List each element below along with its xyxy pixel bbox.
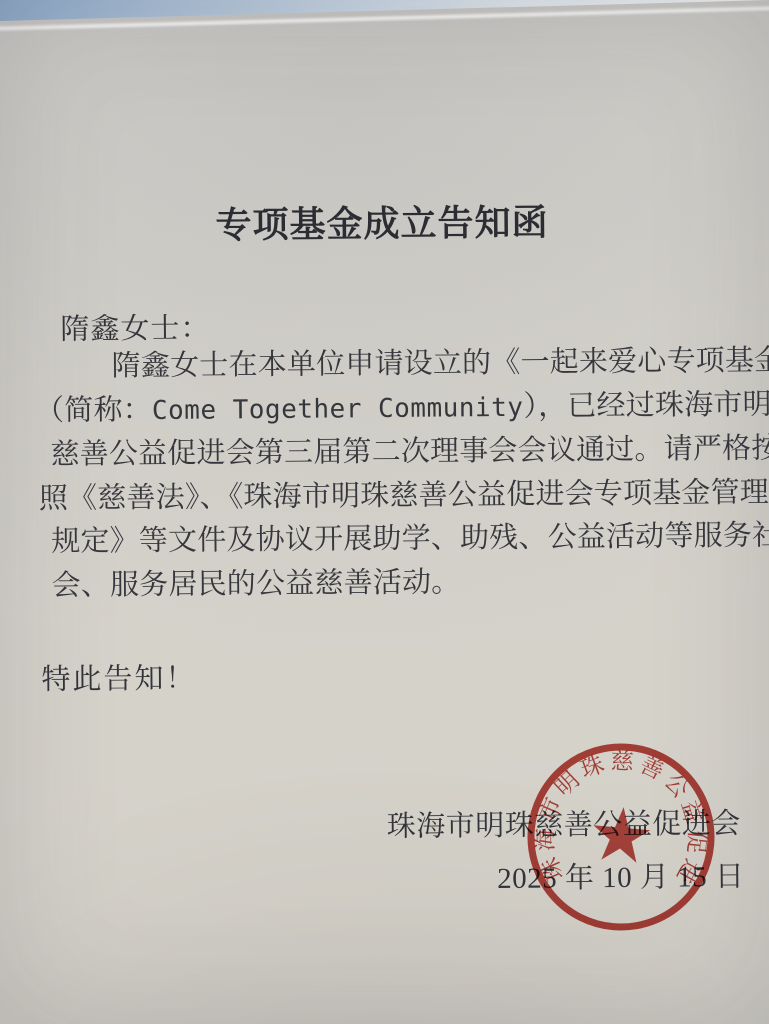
fund-short-name-english: Come Together Community bbox=[152, 392, 524, 425]
document-photo: 专项基金成立告知函 隋鑫女士： 隋鑫女士在本单位申请设立的《一起来爱心专项基金》… bbox=[0, 0, 769, 1024]
body-line: 隋鑫女士在本单位申请设立的《一起来爱心专项基金》 bbox=[35, 340, 745, 390]
body-line: 规定》等文件及协议开展助学、助残、公益活动等服务社 bbox=[36, 515, 746, 565]
star-icon bbox=[590, 805, 652, 864]
document-title: 专项基金成立告知函 bbox=[0, 193, 767, 251]
closing-phrase: 特此告知！ bbox=[41, 656, 196, 698]
body-line: （简称：Come Together Community），已经过珠海市明珠 bbox=[35, 383, 745, 434]
body-line: 慈善公益促进会第三届第二次理事会会议通过。请严格按 bbox=[35, 428, 745, 478]
body-paragraph: 隋鑫女士在本单位申请设立的《一起来爱心专项基金》 （简称：Come Togeth… bbox=[35, 340, 747, 608]
salutation: 隋鑫女士： bbox=[60, 306, 210, 348]
body-line: 照《慈善法》、《珠海市明珠慈善公益促进会专项基金管理 bbox=[36, 471, 746, 521]
body-line: 会、服务居民的公益慈善活动。 bbox=[36, 558, 746, 608]
body-line2-prefix: （简称： bbox=[35, 394, 152, 427]
body-line2-suffix: ），已经过珠海市明珠 bbox=[523, 388, 769, 422]
official-red-seal: 珠海市明珠慈善公益促进会 bbox=[513, 729, 730, 946]
